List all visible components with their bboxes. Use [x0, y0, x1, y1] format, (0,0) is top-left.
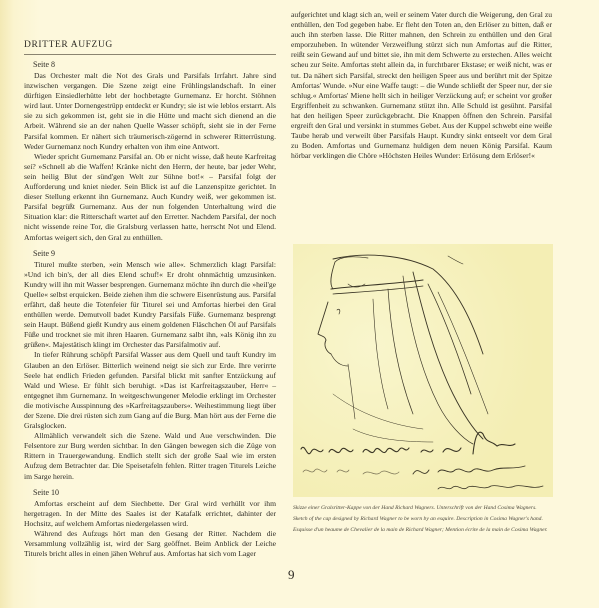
caption-french: Esquisse d'un heaume de Chevalier de la …: [293, 527, 555, 534]
section-heading-seite-10: Seite 10: [33, 488, 276, 497]
paragraph-continuation: aufgerichtet und klagt sich an, weil er …: [291, 10, 552, 161]
paragraph: Während des Aufzugs hört man den Gesang …: [24, 529, 276, 559]
caption-german: Skizze einer Gralsritter-Kappe von der H…: [293, 505, 555, 512]
book-page: DRITTER AUFZUG Seite 8 Das Orchester mal…: [0, 0, 599, 608]
sketch-illustration: [293, 244, 553, 497]
page-number: 9: [288, 567, 295, 583]
section-heading-seite-8: Seite 8: [33, 60, 276, 69]
right-column: aufgerichtet und klagt sich an, weil er …: [291, 10, 552, 161]
figure-captions: Skizze einer Gralsritter-Kappe von der H…: [293, 505, 555, 537]
paragraph: Allmählich verwandelt sich die Szene. Wa…: [24, 431, 276, 481]
section-heading-seite-9: Seite 9: [33, 249, 276, 258]
paragraph: Amfortas erscheint auf dem Siechbette. D…: [24, 499, 276, 529]
paragraph: In tiefer Rührung schöpft Parsifal Wasse…: [24, 350, 276, 431]
left-column: DRITTER AUFZUG Seite 8 Das Orchester mal…: [24, 40, 276, 559]
caption-english: Sketch of the cap designed by Richard Wa…: [293, 516, 555, 523]
paragraph: Wieder spricht Gurnemanz Parsifal an. Ob…: [24, 152, 276, 243]
running-head: DRITTER AUFZUG: [24, 40, 276, 55]
paragraph: Titurel mußte sterben, »ein Mensch wie a…: [24, 260, 276, 351]
paragraph: Das Orchester malt die Not des Grals und…: [24, 71, 276, 152]
knight-cap-sketch-icon: [293, 244, 553, 497]
